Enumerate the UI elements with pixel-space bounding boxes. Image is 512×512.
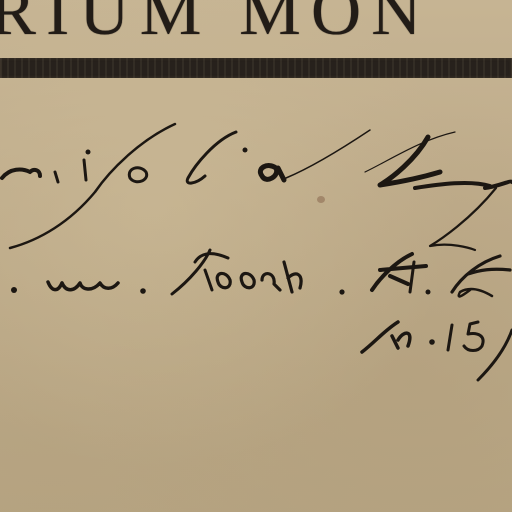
handwriting-ink [0, 0, 512, 512]
